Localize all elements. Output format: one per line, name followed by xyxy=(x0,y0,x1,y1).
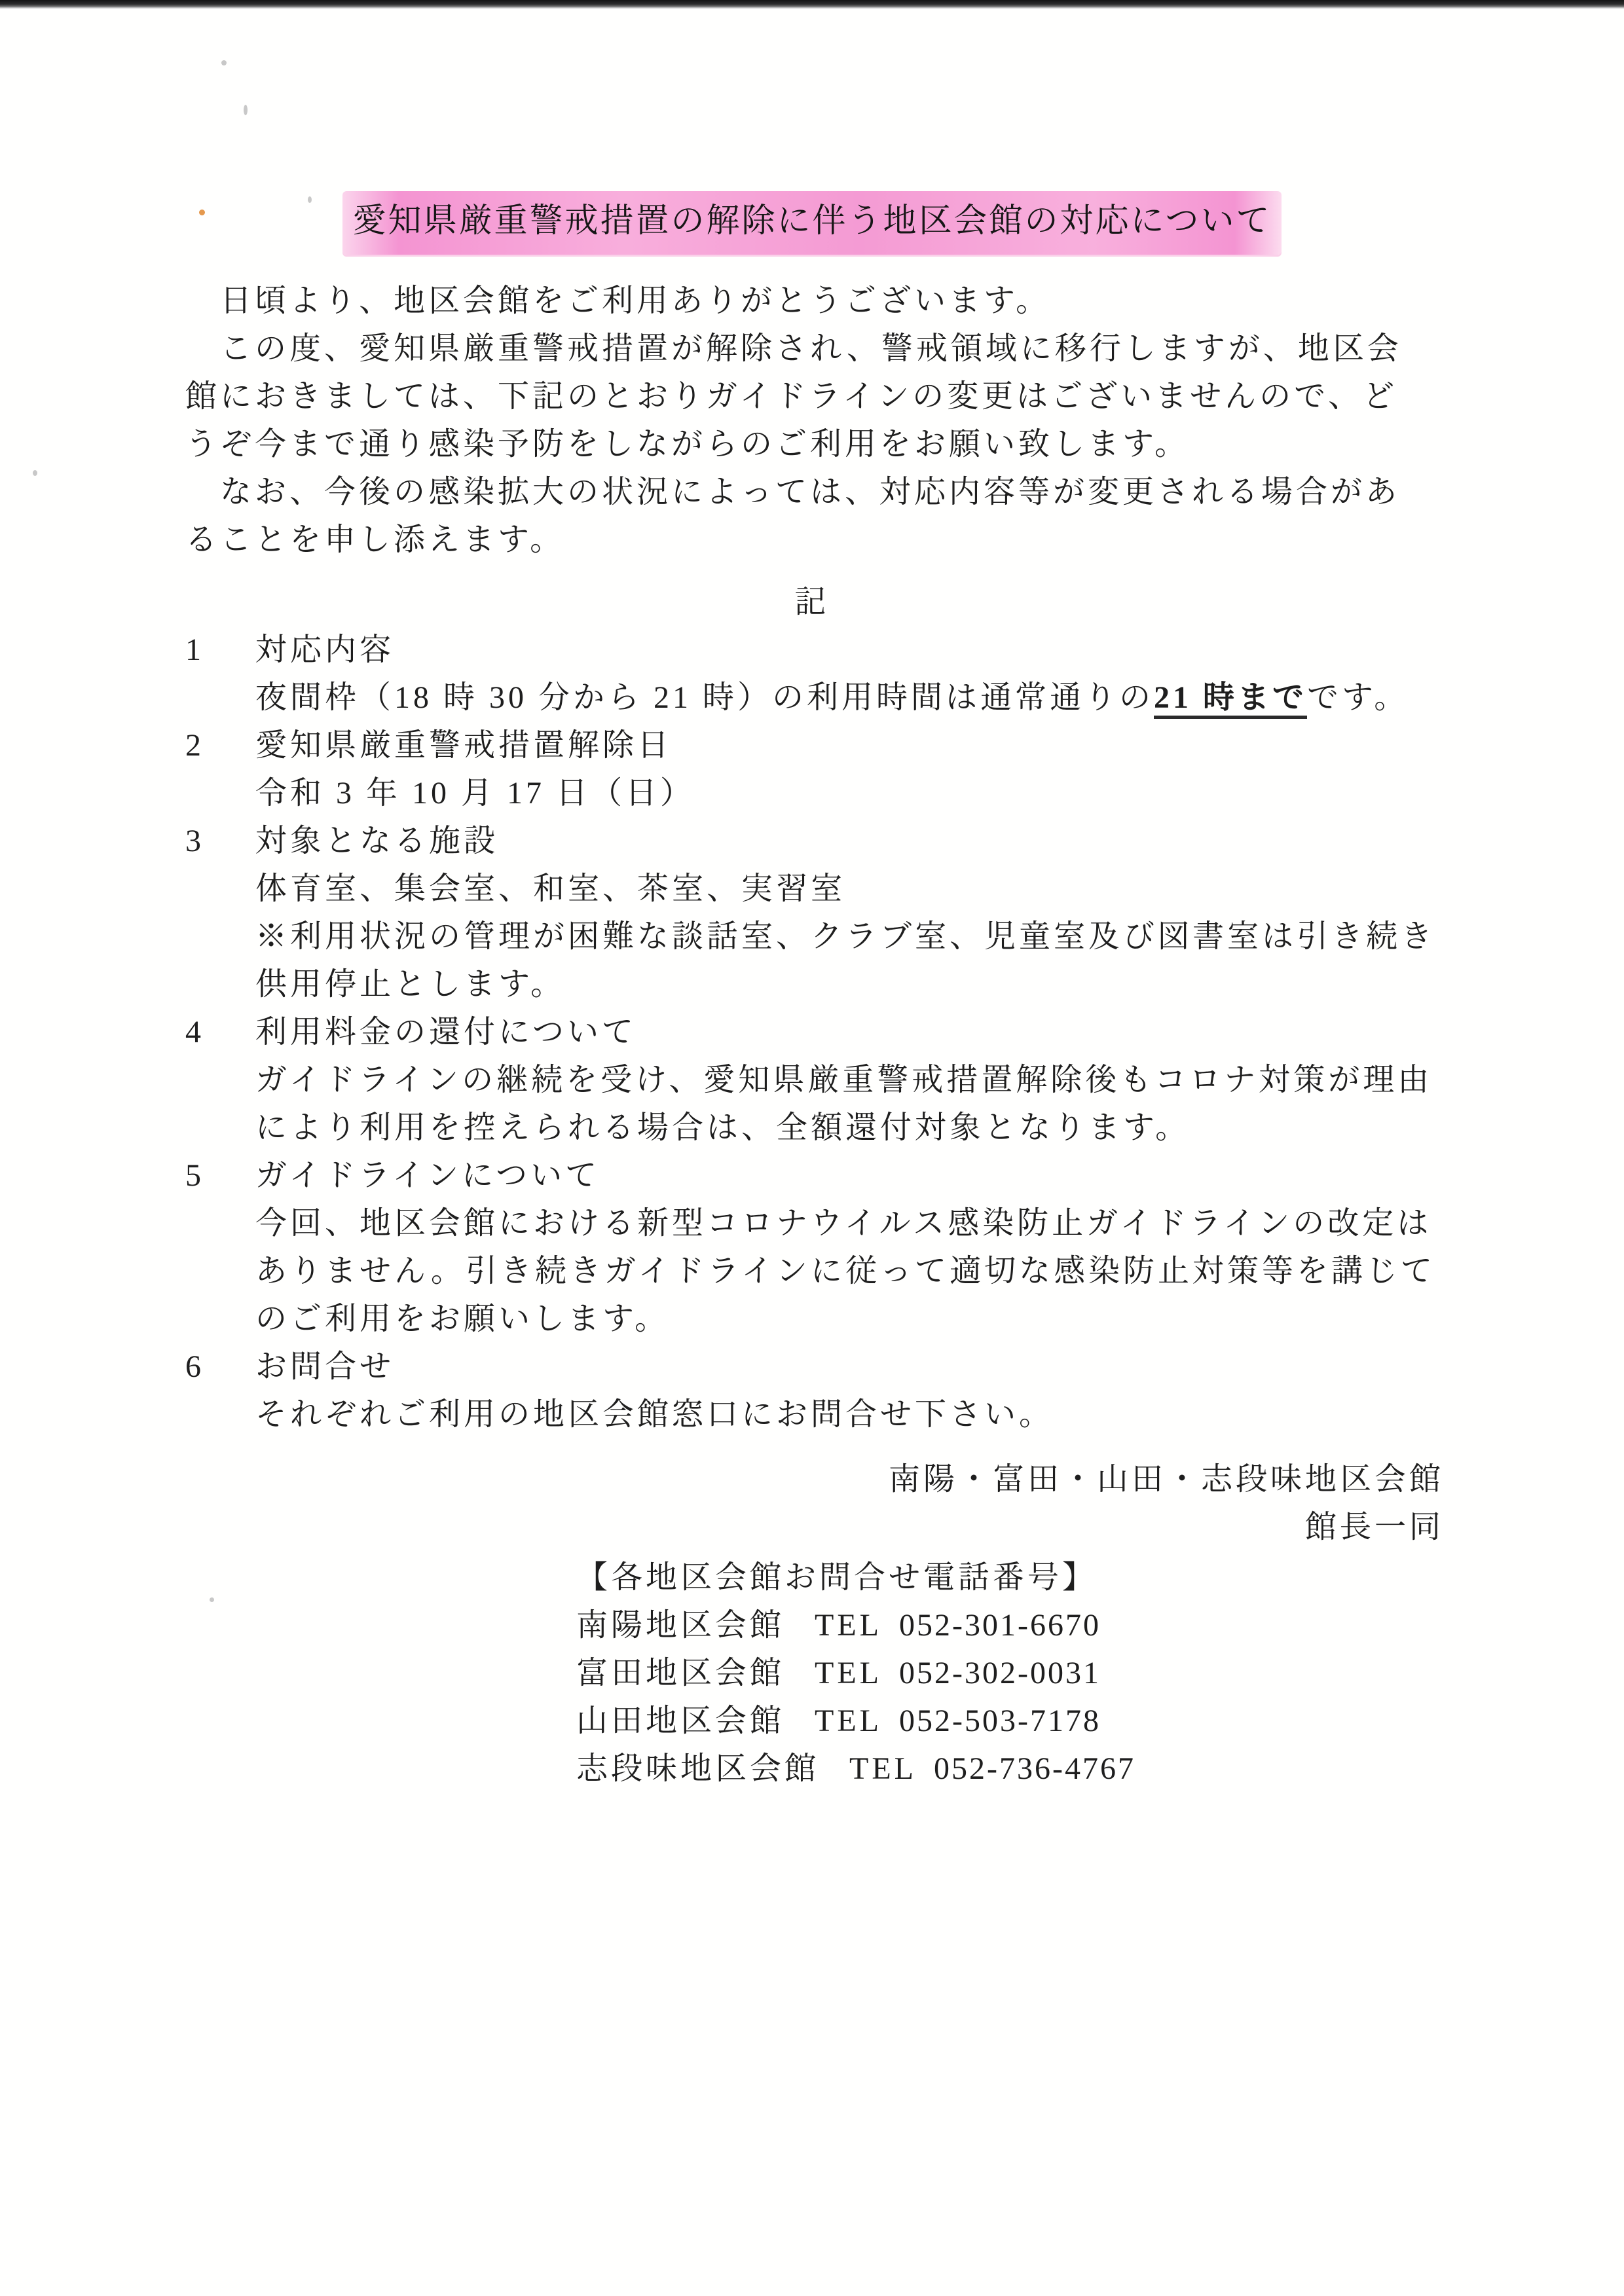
title-row: 愛知県厳重警戒措置の解除に伴う地区会館の対応について xyxy=(0,0,1624,255)
phone-number: 052-736-4767 xyxy=(934,1751,1135,1786)
list-item-3-body-row: 供用停止とします。 xyxy=(185,960,1447,1008)
scan-speck xyxy=(308,196,312,203)
intro-line: なお、今後の感染拡大の状況によっては、対応内容等が変更される場合があ xyxy=(185,468,1439,516)
contact-block: 【各地区会館お問合せ電話番号】 南陽地区会館TEL052-301-6670 富田… xyxy=(576,1554,1624,1793)
item-title: 愛知県厳重警戒措置解除日 xyxy=(255,721,1447,769)
record-marker: 記 xyxy=(0,578,1624,626)
tel-label: TEL xyxy=(815,1656,882,1690)
list-item-6-body-row: それぞれご利用の地区会館窓口にお問合せ下さい。 xyxy=(185,1391,1447,1438)
hall-name: 南陽地区会館 xyxy=(576,1608,784,1643)
contact-row: 山田地区会館TEL052-503-7178 xyxy=(576,1697,1624,1745)
scan-speck xyxy=(33,470,37,476)
item-body: ガイドラインの継続を受け、愛知県厳重警戒措置解除後もコロナ対策が理由 xyxy=(255,1056,1447,1104)
list-item-2-title-row: 2 愛知県厳重警戒措置解除日 xyxy=(185,721,1447,769)
intro-paragraphs: 日頃より、地区会館をご利用ありがとうございます。 この度、愛知県厳重警戒措置が解… xyxy=(185,277,1439,564)
phone-number: 052-301-6670 xyxy=(899,1608,1101,1643)
intro-line: 館におきましては、下記のとおりガイドラインの変更はございませんので、ど xyxy=(185,373,1439,420)
contact-row: 南陽地区会館TEL052-301-6670 xyxy=(576,1601,1624,1649)
item-body: ありません。引き続きガイドラインに従って適切な感染防止対策等を講じて xyxy=(255,1247,1447,1295)
item-number: 5 xyxy=(185,1152,255,1199)
contact-heading: 【各地区会館お問合せ電話番号】 xyxy=(576,1554,1624,1601)
item-body: 令和 3 年 10 月 17 日（日） xyxy=(255,769,1447,817)
list-item-3-title-row: 3 対象となる施設 xyxy=(185,817,1447,865)
list-item-4-body-row: により利用を控えられる場合は、全額還付対象となります。 xyxy=(185,1104,1447,1152)
list-item-1-body-row: 夜間枠（18 時 30 分から 21 時）の利用時間は通常通りの21 時までです… xyxy=(185,674,1447,721)
item-title: お問合せ xyxy=(255,1343,1447,1391)
intro-line: この度、愛知県厳重警戒措置が解除され、警戒領域に移行しますが、地区会 xyxy=(185,325,1439,373)
item-body: により利用を控えられる場合は、全額還付対象となります。 xyxy=(255,1104,1447,1152)
list-item-6-title-row: 6 お問合せ xyxy=(185,1343,1447,1391)
item-number: 1 xyxy=(185,626,255,674)
item-title: ガイドラインについて xyxy=(255,1152,1447,1199)
tel-label: TEL xyxy=(815,1608,882,1643)
tel-label: TEL xyxy=(815,1704,882,1738)
tel-label: TEL xyxy=(849,1751,917,1786)
body-text: 夜間枠（18 時 30 分から 21 時）の利用時間は通常通りの xyxy=(255,680,1154,715)
item-body: ※利用状況の管理が困難な談話室、クラブ室、児童室及び図書室は引き続き xyxy=(255,913,1447,960)
list-item-4-title-row: 4 利用料金の還付について xyxy=(185,1008,1447,1056)
hall-name: 山田地区会館 xyxy=(576,1704,784,1738)
scan-edge-artifact xyxy=(0,0,1624,9)
contact-row: 志段味地区会館TEL052-736-4767 xyxy=(576,1745,1624,1793)
intro-line: 日頃より、地区会館をご利用ありがとうございます。 xyxy=(185,277,1439,325)
document-title: 愛知県厳重警戒措置の解除に伴う地区会館の対応について xyxy=(342,191,1282,255)
phone-number: 052-302-0031 xyxy=(899,1656,1101,1690)
list-item-1-title-row: 1 対応内容 xyxy=(185,626,1447,674)
list-item-3-body-row: ※利用状況の管理が困難な談話室、クラブ室、児童室及び図書室は引き続き xyxy=(185,913,1447,960)
item-number: 2 xyxy=(185,721,255,769)
item-number: 4 xyxy=(185,1008,255,1056)
item-title: 利用料金の還付について xyxy=(255,1008,1447,1056)
list-item-2-body-row: 令和 3 年 10 月 17 日（日） xyxy=(185,769,1447,817)
item-body: 夜間枠（18 時 30 分から 21 時）の利用時間は通常通りの21 時までです… xyxy=(255,674,1447,721)
intro-line: うぞ今まで通り感染予防をしながらのご利用をお願い致します。 xyxy=(185,420,1439,468)
body-text: です。 xyxy=(1307,680,1409,715)
list-item-3-body-row: 体育室、集会室、和室、茶室、実習室 xyxy=(185,865,1447,913)
item-body: それぞれご利用の地区会館窓口にお問合せ下さい。 xyxy=(255,1391,1447,1438)
item-body: 供用停止とします。 xyxy=(255,960,1447,1008)
hall-name: 志段味地区会館 xyxy=(576,1751,819,1786)
hall-name: 富田地区会館 xyxy=(576,1656,784,1690)
signature-organizations: 南陽・富田・山田・志段味地区会館 xyxy=(0,1455,1444,1503)
intro-line: ることを申し添えます。 xyxy=(185,516,1439,564)
item-body: のご利用をお願いします。 xyxy=(255,1295,1447,1343)
contact-row: 富田地区会館TEL052-302-0031 xyxy=(576,1649,1624,1697)
item-title: 対応内容 xyxy=(255,626,1447,674)
emphasized-deadline: 21 時まで xyxy=(1154,680,1307,719)
signature-block: 南陽・富田・山田・志段味地区会館 館長一同 xyxy=(0,1455,1624,1551)
signature-directors: 館長一同 xyxy=(0,1503,1444,1551)
item-body: 体育室、集会室、和室、茶室、実習室 xyxy=(255,865,1447,913)
item-title: 対象となる施設 xyxy=(255,817,1447,865)
list-item-5-body-row: 今回、地区会館における新型コロナウイルス感染防止ガイドラインの改定は xyxy=(185,1199,1447,1247)
item-number: 3 xyxy=(185,817,255,865)
scanned-notice-page: 愛知県厳重警戒措置の解除に伴う地区会館の対応について 日頃より、地区会館をご利用… xyxy=(0,0,1624,2296)
scan-speck xyxy=(244,105,248,115)
list-item-5-body-row: のご利用をお願いします。 xyxy=(185,1295,1447,1343)
scan-speck xyxy=(221,60,227,65)
scan-speck xyxy=(199,210,205,215)
scan-speck xyxy=(210,1597,214,1602)
phone-number: 052-503-7178 xyxy=(899,1704,1101,1738)
list-item-5-title-row: 5 ガイドラインについて xyxy=(185,1152,1447,1199)
item-number: 6 xyxy=(185,1343,255,1391)
numbered-list: 1 対応内容 夜間枠（18 時 30 分から 21 時）の利用時間は通常通りの2… xyxy=(185,626,1447,1438)
list-item-5-body-row: ありません。引き続きガイドラインに従って適切な感染防止対策等を講じて xyxy=(185,1247,1447,1295)
list-item-4-body-row: ガイドラインの継続を受け、愛知県厳重警戒措置解除後もコロナ対策が理由 xyxy=(185,1056,1447,1104)
item-body: 今回、地区会館における新型コロナウイルス感染防止ガイドラインの改定は xyxy=(255,1199,1447,1247)
